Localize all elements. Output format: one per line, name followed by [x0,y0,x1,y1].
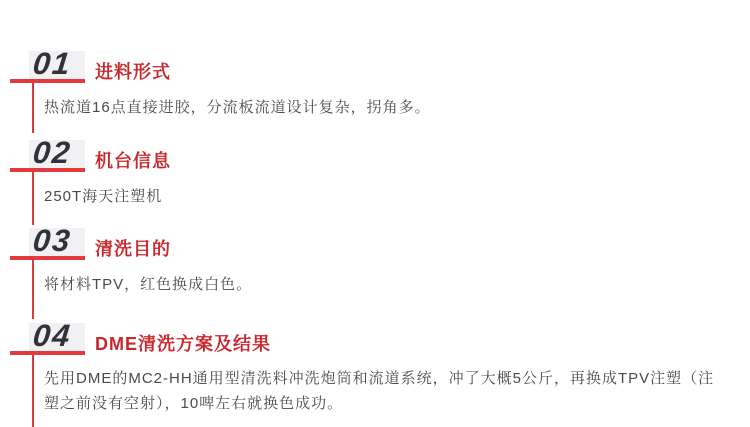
section-body-line: 塑之前没有空射），10啤左右就换色成功。 [44,391,714,416]
section-number: 04 [31,320,73,352]
section-body: 250T海天注塑机 [44,184,162,209]
section-number: 02 [31,137,73,169]
section-body: 热流道16点直接进胶，分流板流道设计复杂，拐角多。 [44,95,431,120]
section-title: 清洗目的 [95,235,171,261]
section-body-line: 250T海天注塑机 [44,184,162,209]
section-connector-line [32,83,34,133]
section-connector-line [32,355,34,427]
section-body-line: 热流道16点直接进胶，分流板流道设计复杂，拐角多。 [44,95,431,120]
section-body: 将材料TPV，红色换成白色。 [44,272,252,297]
section-underline [10,256,85,260]
section-body-line: 将材料TPV，红色换成白色。 [44,272,252,297]
section-title: DME清洗方案及结果 [95,330,271,356]
section-underline [10,79,85,83]
section-number: 03 [31,225,73,257]
section-connector-line [32,260,34,319]
section-title: 进料形式 [95,58,171,84]
section-body-line: 先用DME的MC2-HH通用型清洗料冲洗炮筒和流道系统，冲了大概5公斤，再换成T… [44,366,714,391]
section-underline [10,351,85,355]
section-underline [10,168,85,172]
section-connector-line [32,172,34,225]
section-number: 01 [31,48,73,80]
article-page: 01 进料形式 热流道16点直接进胶，分流板流道设计复杂，拐角多。 02 机台信… [0,0,750,427]
section-title: 机台信息 [95,147,171,173]
section-body: 先用DME的MC2-HH通用型清洗料冲洗炮筒和流道系统，冲了大概5公斤，再换成T… [44,366,714,416]
